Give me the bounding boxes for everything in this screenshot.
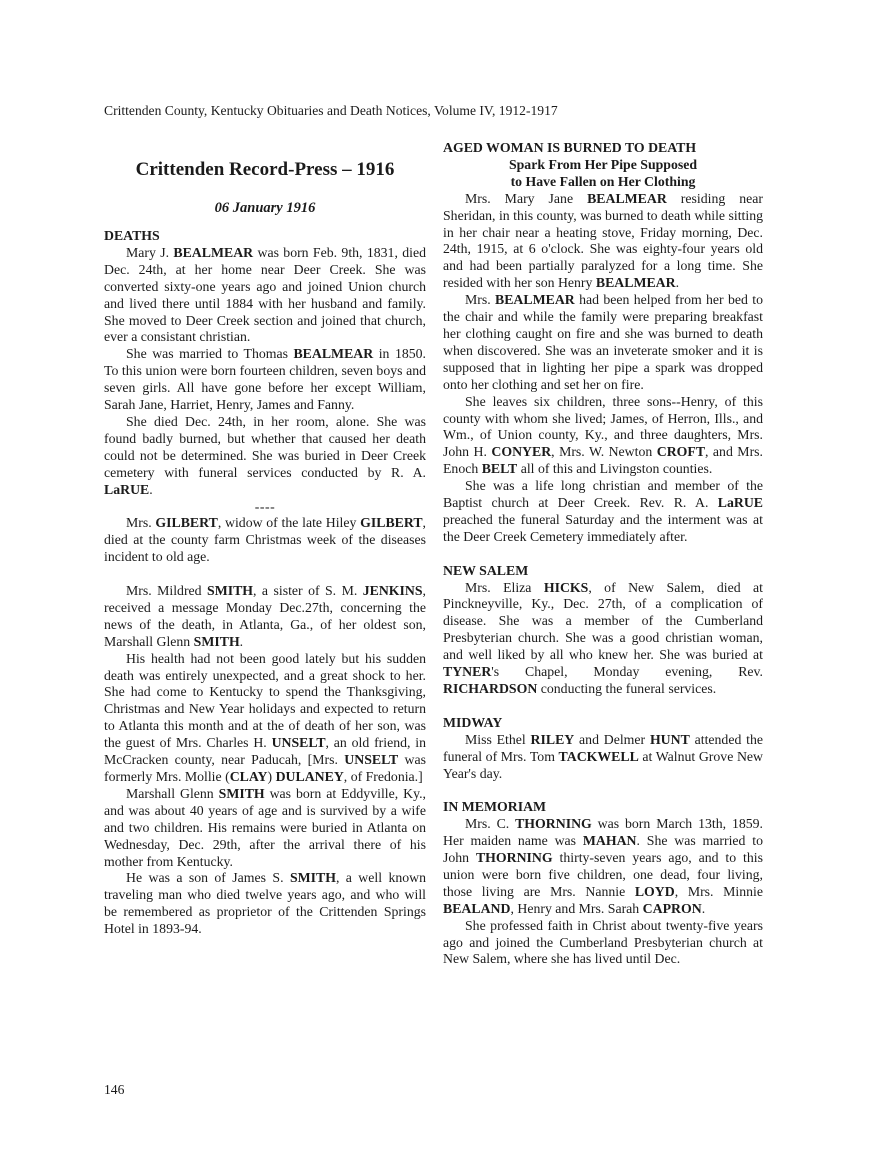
paragraph: She was married to Thomas BEALMEAR in 18… [104, 346, 426, 414]
surname-bold: TYNER [443, 664, 491, 679]
text-run: Marshall Glenn [126, 786, 219, 801]
text-run: She was a life long christian and member… [443, 478, 763, 510]
surname-bold: MAHAN [583, 833, 637, 848]
paragraph: Mrs. Mary Jane BEALMEAR residing near Sh… [443, 191, 763, 292]
surname-bold: HICKS [544, 580, 588, 595]
text-run: , Mrs. Minnie [675, 884, 763, 899]
text-run: Mrs. Mary Jane [465, 191, 587, 206]
surname-bold: SMITH [219, 786, 265, 801]
surname-bold: BEALMEAR [173, 245, 253, 260]
paragraph: Miss Ethel RILEY and Delmer HUNT attende… [443, 732, 763, 783]
surname-bold: CONYER [491, 444, 551, 459]
text-run: She professed faith in Christ about twen… [443, 918, 763, 967]
surname-bold: GILBERT [360, 515, 422, 530]
text-run: all of this and Livingston counties. [517, 461, 712, 476]
paragraph: Marshall Glenn SMITH was born at Eddyvil… [104, 786, 426, 871]
paragraph: Mary J. BEALMEAR was born Feb. 9th, 1831… [104, 245, 426, 346]
paragraph: Mrs. GILBERT, widow of the late Hiley GI… [104, 515, 426, 566]
section-heading: DEATHS [104, 228, 426, 245]
section-heading: to Have Fallen on Her Clothing [443, 174, 763, 191]
right-column: AGED WOMAN IS BURNED TO DEATHSpark From … [443, 140, 763, 968]
text-run: Mrs. Eliza [465, 580, 544, 595]
paragraph: She professed faith in Christ about twen… [443, 918, 763, 969]
surname-bold: THORNING [515, 816, 592, 831]
section-heading: Spark From Her Pipe Supposed [443, 157, 763, 174]
surname-bold: BEALMEAR [293, 346, 373, 361]
surname-bold: THORNING [476, 850, 553, 865]
left-column-body: DEATHSMary J. BEALMEAR was born Feb. 9th… [104, 228, 426, 938]
paragraph: She was a life long christian and member… [443, 478, 763, 546]
surname-bold: UNSELT [272, 735, 326, 750]
surname-bold: BEALAND [443, 901, 510, 916]
surname-bold: DULANEY [276, 769, 344, 784]
document-page: Crittenden County, Kentucky Obituaries a… [0, 0, 886, 1155]
right-column-body: AGED WOMAN IS BURNED TO DEATHSpark From … [443, 140, 763, 968]
surname-bold: JENKINS [363, 583, 423, 598]
text-run: conducting the funeral services. [537, 681, 716, 696]
text-run: . [702, 901, 705, 916]
text-run: , Mrs. W. Newton [551, 444, 657, 459]
surname-bold: CLAY [230, 769, 268, 784]
paragraph: His health had not been good lately but … [104, 651, 426, 786]
text-run: ) [268, 769, 276, 784]
surname-bold: CROFT [657, 444, 705, 459]
section-heading: MIDWAY [443, 715, 763, 732]
text-run: , widow of the late Hiley [218, 515, 360, 530]
text-run: , Henry and Mrs. Sarah [510, 901, 642, 916]
text-run: . [149, 482, 152, 497]
book-header: Crittenden County, Kentucky Obituaries a… [104, 102, 704, 119]
left-column: Crittenden Record-Press – 1916 06 Januar… [104, 158, 426, 938]
section-heading: NEW SALEM [443, 563, 763, 580]
surname-bold: BELT [482, 461, 518, 476]
surname-bold: HUNT [650, 732, 690, 747]
surname-bold: CAPRON [643, 901, 702, 916]
text-run: She died Dec. 24th, in her room, alone. … [104, 414, 426, 480]
surname-bold: SMITH [207, 583, 253, 598]
text-run: , a sister of S. M. [253, 583, 363, 598]
text-run: He was a son of James S. [126, 870, 290, 885]
text-run: . [676, 275, 679, 290]
paragraph: Mrs. BEALMEAR had been helped from her b… [443, 292, 763, 393]
paragraph: He was a son of James S. SMITH, a well k… [104, 870, 426, 938]
issue-date-heading: 06 January 1916 [104, 199, 426, 217]
text-run: and Delmer [574, 732, 650, 747]
surname-bold: RICHARDSON [443, 681, 537, 696]
newspaper-title: Crittenden Record-Press – 1916 [104, 158, 426, 182]
surname-bold: LOYD [635, 884, 675, 899]
text-run: Mrs. C. [465, 816, 515, 831]
paragraph: Mrs. C. THORNING was born March 13th, 18… [443, 816, 763, 917]
text-run: Miss Ethel [465, 732, 531, 747]
text-run: Mrs. [465, 292, 495, 307]
surname-bold: GILBERT [155, 515, 217, 530]
section-heading: AGED WOMAN IS BURNED TO DEATH [443, 140, 763, 157]
text-run: Mrs. [126, 515, 155, 530]
text-run: Mrs. Mildred [126, 583, 207, 598]
text-run: She was married to Thomas [126, 346, 293, 361]
surname-bold: BEALMEAR [587, 191, 667, 206]
surname-bold: UNSELT [344, 752, 398, 767]
surname-bold: LaRUE [104, 482, 149, 497]
text-run: 's Chapel, Monday evening, Rev. [491, 664, 763, 679]
surname-bold: BEALMEAR [495, 292, 575, 307]
separator: ---- [104, 499, 426, 516]
paragraph: Mrs. Mildred SMITH, a sister of S. M. JE… [104, 583, 426, 651]
surname-bold: LaRUE [718, 495, 763, 510]
surname-bold: SMITH [194, 634, 240, 649]
surname-bold: RILEY [531, 732, 575, 747]
paragraph: She leaves six children, three sons--Hen… [443, 394, 763, 479]
text-run: Mary J. [126, 245, 173, 260]
section-heading: IN MEMORIAM [443, 799, 763, 816]
surname-bold: SMITH [290, 870, 336, 885]
paragraph: Mrs. Eliza HICKS, of New Salem, died at … [443, 580, 763, 698]
surname-bold: TACKWELL [559, 749, 639, 764]
page-number: 146 [104, 1082, 124, 1098]
text-run: , of Fredonia.] [344, 769, 423, 784]
text-run: preached the funeral Saturday and the in… [443, 512, 763, 544]
paragraph: She died Dec. 24th, in her room, alone. … [104, 414, 426, 499]
text-run: . [240, 634, 243, 649]
surname-bold: BEALMEAR [596, 275, 676, 290]
